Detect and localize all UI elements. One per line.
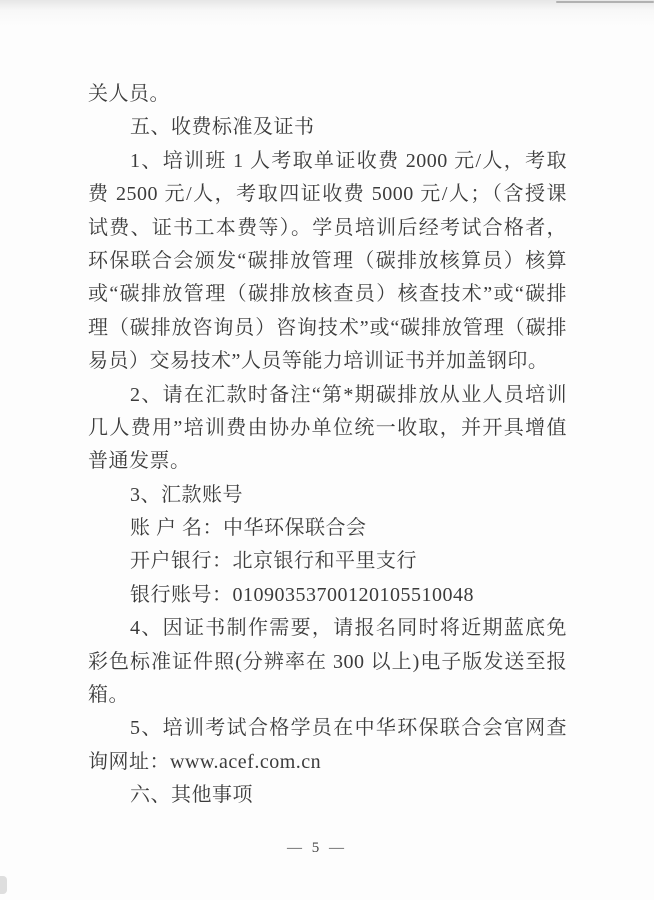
document-line: 账 户 名：中华环保联合会: [88, 512, 567, 545]
document-line: 2、请在汇款时备注“第*期碳排放从业人员培训+参会: [88, 379, 567, 412]
document-line: 询网址：www.acef.com.cn: [88, 746, 567, 779]
document-line: 关人员。: [88, 78, 567, 111]
document-line: 几人费用”培训费由协办单位统一收取，并开具增值税电子: [88, 412, 567, 445]
document-page: 关人员。五、收费标准及证书1、培训班 1 人考取单证收费 2000 元/人，考取…: [0, 0, 654, 900]
document-line: 箱。: [88, 679, 567, 712]
document-line: 彩色标准证件照(分辨率在 300 以上)电子版发送至报名邮: [88, 646, 567, 679]
page-number: — 5 —: [0, 840, 634, 857]
document-line: 4、因证书制作需要，请报名同时将近期蓝底免冠 1 寸: [88, 612, 567, 645]
document-body: 关人员。五、收费标准及证书1、培训班 1 人考取单证收费 2000 元/人，考取…: [88, 78, 567, 813]
document-line: 易员）交易技术”人员等能力培训证书并加盖钢印。: [88, 345, 567, 378]
document-line: 五、收费标准及证书: [88, 111, 567, 144]
scan-edge-line: [556, 1, 654, 3]
document-line: 费 2500 元/人，考取四证收费 5000 元/人；（含授课费、考: [88, 178, 567, 211]
document-line: 普通发票。: [88, 445, 567, 478]
document-line: 银行账号：01090353700120105510048: [88, 579, 567, 612]
document-line: 试费、证书工本费等）。学员培训后经考试合格者，由中华: [88, 212, 567, 245]
document-line: 3、汇款账号: [88, 479, 567, 512]
document-line: 或“碳排放管理（碳排放核查员）核查技术”或“碳排放管: [88, 278, 567, 311]
scan-corner-mark: [0, 876, 7, 894]
document-line: 六、其他事项: [88, 779, 567, 812]
document-line: 理（碳排放咨询员）咨询技术”或“碳排放管理（碳排放交: [88, 312, 567, 345]
document-line: 环保联合会颁发“碳排放管理（碳排放核算员）核算技术”: [88, 245, 567, 278]
document-line: 5、培训考试合格学员在中华环保联合会官网查询，查: [88, 712, 567, 745]
scan-edge-shade: [0, 0, 654, 26]
document-line: 1、培训班 1 人考取单证收费 2000 元/人，考取双证收: [88, 145, 567, 178]
document-line: 开户银行：北京银行和平里支行: [88, 545, 567, 578]
